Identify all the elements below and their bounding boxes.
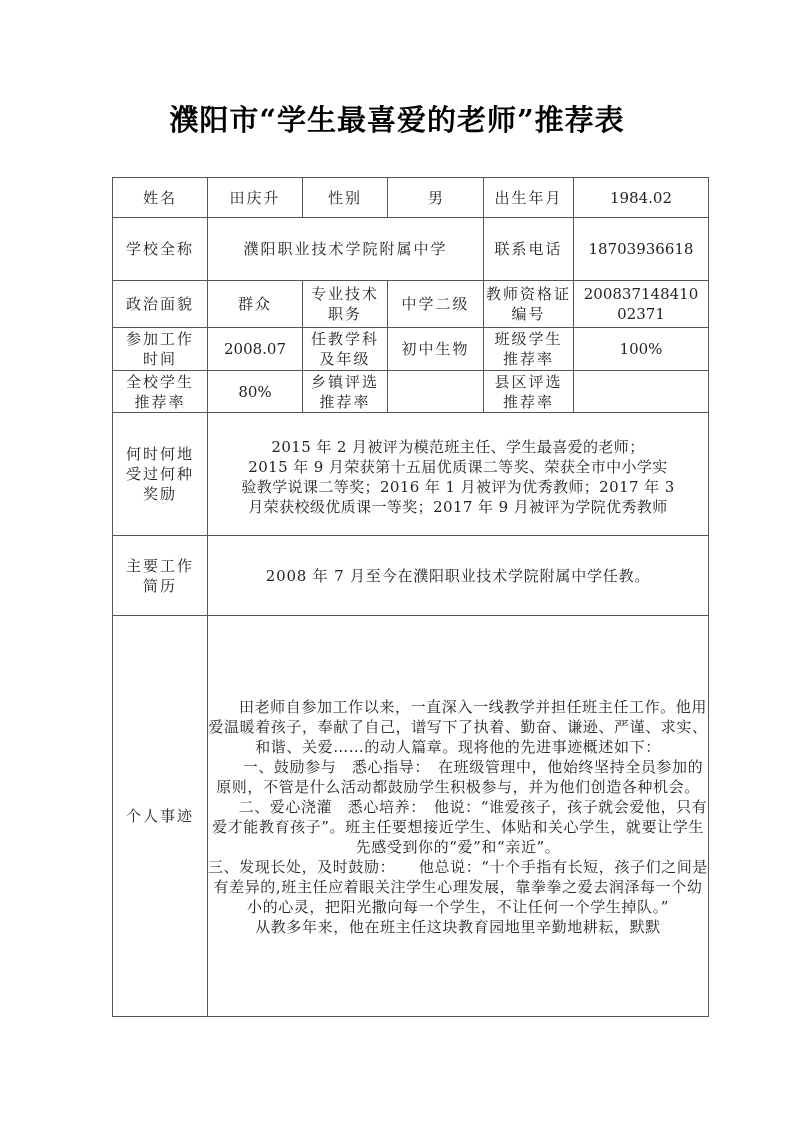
name-label: 姓名: [113, 178, 208, 218]
phone-label: 联系电话: [484, 218, 574, 281]
certificate-label: 教师资格证 编号: [484, 281, 574, 328]
professional-title-label-line1: 专业技术: [303, 284, 387, 304]
awards-line: 2015 年 2 月被评为模范班主任、学生最喜爱的老师；: [208, 437, 708, 457]
awards-line: 验教学说课二等奖；2016 年 1 月被评为优秀教师；2017 年 3: [208, 477, 708, 497]
awards-label-line1: 何时何地: [113, 444, 207, 464]
professional-title-value: 中学二级: [388, 281, 484, 328]
work-start-label-line2: 时间: [113, 349, 207, 369]
school-label: 学校全称: [113, 218, 208, 281]
awards-label-line2: 受过何种: [113, 464, 207, 484]
town-rate-value: [388, 371, 484, 413]
class-rate-label: 班级学生 推荐率: [484, 328, 574, 371]
certificate-label-line1: 教师资格证: [484, 284, 573, 304]
class-rate-label-line1: 班级学生: [484, 329, 573, 349]
certificate-value-line1: 200837148410: [574, 284, 708, 304]
political-label: 政治面貌: [113, 281, 208, 328]
row-rates: 全校学生 推荐率 80% 乡镇评选 推荐率 县区评选 推荐率: [113, 371, 709, 413]
row-work: 参加工作 时间 2008.07 任教学科 及年级 初中生物 班级学生 推荐率 1…: [113, 328, 709, 371]
class-rate-value: 100%: [574, 328, 709, 371]
birth-value: 1984.02: [574, 178, 709, 218]
work-start-label-line1: 参加工作: [113, 329, 207, 349]
resume-value: 2008 年 7 月至今在濮阳职业技术学院附属中学任教。: [208, 536, 709, 616]
school-rate-label-line1: 全校学生: [113, 372, 207, 392]
county-rate-label: 县区评选 推荐率: [484, 371, 574, 413]
deeds-paragraph: 二、爱心浇灌 悉心培养： 他说：“谁爱孩子，孩子就会爱他，只有爱才能教育孩子”。…: [208, 797, 708, 857]
certificate-value-line2: 02371: [574, 304, 708, 324]
deeds-label: 个人事迹: [113, 616, 208, 1017]
row-awards: 何时何地 受过何种 奖励 2015 年 2 月被评为模范班主任、学生最喜爱的老师…: [113, 413, 709, 536]
deeds-value: 田老师自参加工作以来，一直深入一线教学并担任班主任工作。他用爱温暖着孩子，奉献了…: [208, 616, 709, 1017]
resume-label-line1: 主要工作: [113, 556, 207, 576]
county-rate-label-line1: 县区评选: [484, 372, 573, 392]
work-start-label: 参加工作 时间: [113, 328, 208, 371]
professional-title-label: 专业技术 职务: [303, 281, 388, 328]
subject-value: 初中生物: [388, 328, 484, 371]
certificate-value: 200837148410 02371: [574, 281, 709, 328]
political-value: 群众: [208, 281, 303, 328]
school-value: 濮阳职业技术学院附属中学: [208, 218, 484, 281]
awards-line: 月荣获校级优质课一等奖；2017 年 9 月被评为学院优秀教师: [208, 497, 708, 517]
resume-label-line2: 简历: [113, 576, 207, 596]
subject-label-line1: 任教学科: [303, 329, 387, 349]
awards-line: 2015 年 9 月荣获第十五届优质课二等奖、荣获全市中小学实: [208, 457, 708, 477]
row-resume: 主要工作 简历 2008 年 7 月至今在濮阳职业技术学院附属中学任教。: [113, 536, 709, 616]
resume-label: 主要工作 简历: [113, 536, 208, 616]
school-rate-label: 全校学生 推荐率: [113, 371, 208, 413]
school-rate-label-line2: 推荐率: [113, 392, 207, 412]
deeds-paragraph: 一、鼓励参与 悉心指导： 在班级管理中，他始终坚持全员参加的原则，不管是什么活动…: [208, 757, 708, 797]
deeds-paragraph: 三、发现长处，及时鼓励： 他总说：“十个手指有长短，孩子们之间是有差异的,班主任…: [208, 857, 708, 917]
page-title: 濮阳市“学生最喜爱的老师”推荐表: [0, 98, 794, 139]
phone-value: 18703936618: [574, 218, 709, 281]
subject-label-line2: 及年级: [303, 349, 387, 369]
county-rate-label-line2: 推荐率: [484, 392, 573, 412]
town-rate-label: 乡镇评选 推荐率: [303, 371, 388, 413]
recommendation-form-table: 姓名 田庆升 性别 男 出生年月 1984.02 学校全称 濮阳职业技术学院附属…: [112, 177, 709, 1017]
gender-value: 男: [388, 178, 484, 218]
name-value: 田庆升: [208, 178, 303, 218]
professional-title-label-line2: 职务: [303, 304, 387, 324]
gender-label: 性别: [303, 178, 388, 218]
subject-label: 任教学科 及年级: [303, 328, 388, 371]
row-deeds: 个人事迹 田老师自参加工作以来，一直深入一线教学并担任班主任工作。他用爱温暖着孩…: [113, 616, 709, 1017]
class-rate-label-line2: 推荐率: [484, 349, 573, 369]
work-start-value: 2008.07: [208, 328, 303, 371]
awards-label-line3: 奖励: [113, 484, 207, 504]
awards-value: 2015 年 2 月被评为模范班主任、学生最喜爱的老师； 2015 年 9 月荣…: [208, 413, 709, 536]
school-rate-value: 80%: [208, 371, 303, 413]
row-basic-info: 姓名 田庆升 性别 男 出生年月 1984.02: [113, 178, 709, 218]
certificate-label-line2: 编号: [484, 304, 573, 324]
town-rate-label-line1: 乡镇评选: [303, 372, 387, 392]
deeds-paragraph: 从教多年来，他在班主任这块教育园地里辛勤地耕耘，默默: [208, 917, 708, 937]
birth-label: 出生年月: [484, 178, 574, 218]
deeds-paragraph: 田老师自参加工作以来，一直深入一线教学并担任班主任工作。他用爱温暖着孩子，奉献了…: [208, 697, 708, 757]
row-political: 政治面貌 群众 专业技术 职务 中学二级 教师资格证 编号 2008371484…: [113, 281, 709, 328]
county-rate-value: [574, 371, 709, 413]
town-rate-label-line2: 推荐率: [303, 392, 387, 412]
awards-label: 何时何地 受过何种 奖励: [113, 413, 208, 536]
row-school: 学校全称 濮阳职业技术学院附属中学 联系电话 18703936618: [113, 218, 709, 281]
